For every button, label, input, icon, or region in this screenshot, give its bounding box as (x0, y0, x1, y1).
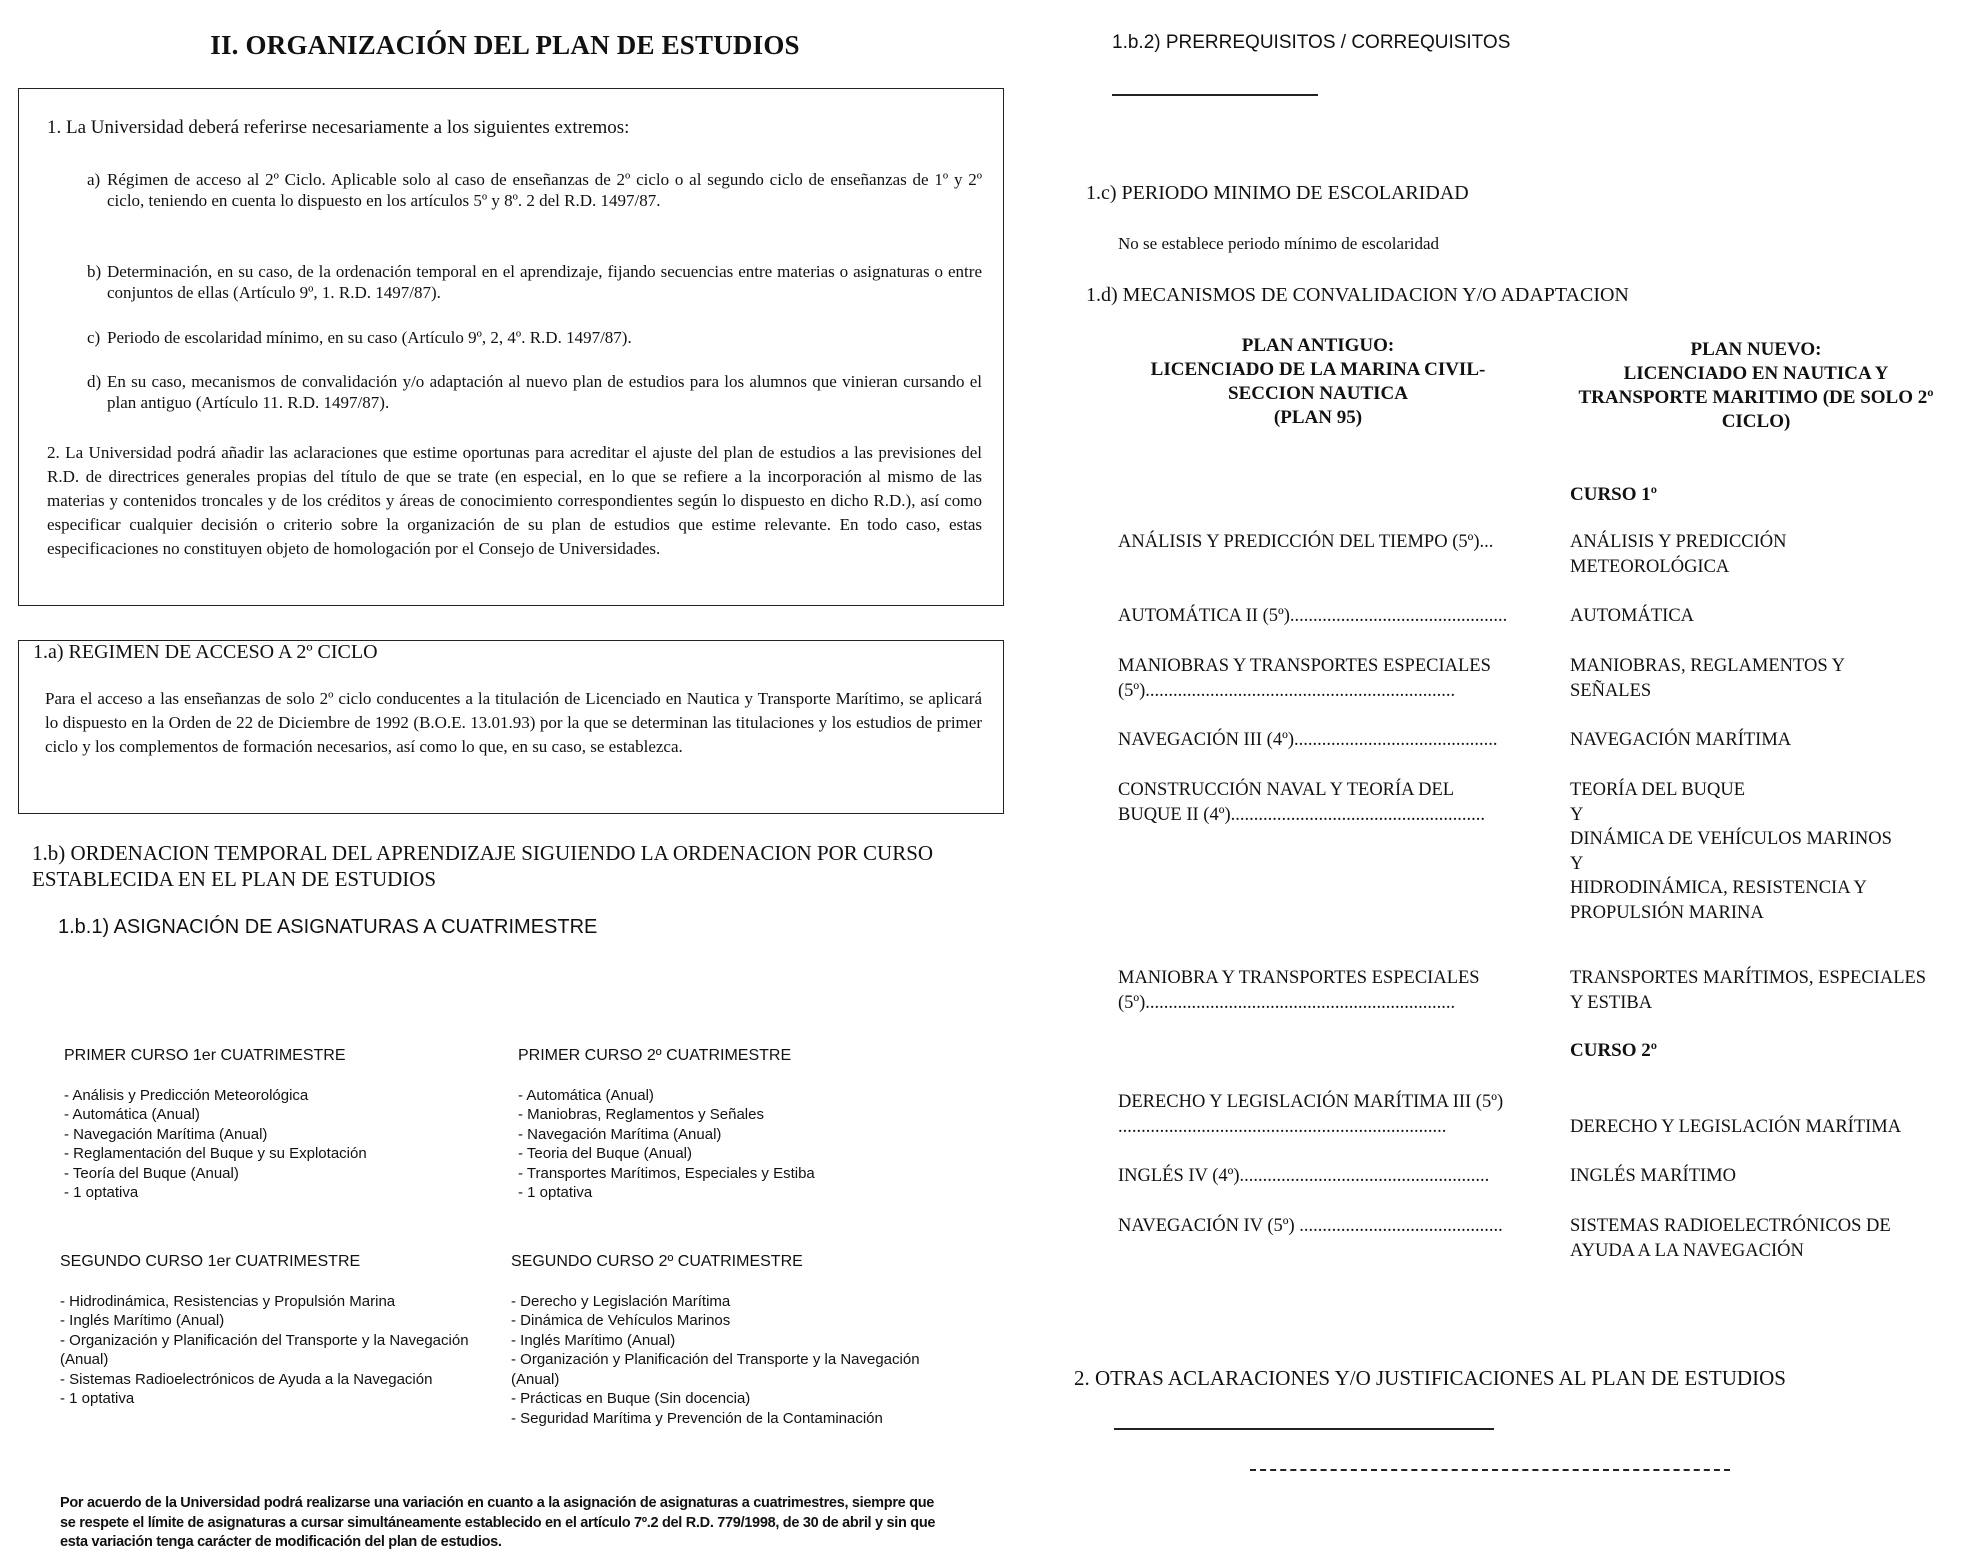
semester-block: PRIMER CURSO 2º CUATRIMESTRE - Automátic… (518, 1046, 938, 1203)
instructions-box: 1. La Universidad deberá referirse neces… (18, 88, 1004, 606)
curso-1-label: CURSO 1º (1570, 484, 1657, 506)
semester-subject: - Derecho y Legislación Marítima (511, 1292, 951, 1312)
semester-subject: - Automática (Anual) (64, 1105, 484, 1125)
page-title: II. ORGANIZACIÓN DEL PLAN DE ESTUDIOS (0, 30, 1010, 61)
plan-header-line: PLAN NUEVO: (1530, 338, 1982, 362)
new-subject: TRANSPORTES MARÍTIMOS, ESPECIALESY ESTIB… (1570, 966, 1980, 1015)
old-subject: ANÁLISIS Y PREDICCIÓN DEL TIEMPO (5º)... (1118, 530, 1538, 555)
semester-subject: - Dinámica de Vehículos Marinos (511, 1311, 951, 1331)
semester-list: - Análisis y Predicción Meteorológica- A… (64, 1086, 484, 1203)
asignacion-note: Por acuerdo de la Universidad podrá real… (60, 1494, 940, 1553)
new-subject: ANÁLISIS Y PREDICCIÓNMETEOROLÓGICA (1570, 530, 1980, 579)
semester-subject: - Navegación Marítima (Anual) (64, 1125, 484, 1145)
ordenacion-heading: 1.b) ORDENACION TEMPORAL DEL APRENDIZAJE… (32, 840, 972, 892)
semester-subject: - Maniobras, Reglamentos y Señales (518, 1105, 938, 1125)
old-subject: CONSTRUCCIÓN NAVAL Y TEORÍA DELBUQUE II … (1118, 778, 1538, 827)
semester-subject: - Hidrodinámica, Resistencias y Propulsi… (60, 1292, 500, 1312)
otras-aclaraciones-blank-line (1114, 1428, 1494, 1430)
old-subject: AUTOMÁTICA II (5º)......................… (1118, 604, 1538, 629)
old-plan-header: PLAN ANTIGUO:LICENCIADO DE LA MARINA CIV… (1108, 334, 1528, 430)
semester-subject: - Sistemas Radioelectrónicos de Ayuda a … (60, 1370, 500, 1390)
semester-list: - Automática (Anual)- Maniobras, Reglame… (518, 1086, 938, 1203)
regimen-acceso-heading: 1.a) REGIMEN DE ACCESO A 2º CICLO (33, 641, 378, 664)
semester-block: SEGUNDO CURSO 1er CUATRIMESTRE - Hidrodi… (60, 1252, 500, 1409)
otras-aclaraciones-heading: 2. OTRAS ACLARACIONES Y/O JUSTIFICACIONE… (1074, 1366, 1786, 1391)
curso-2-label: CURSO 2º (1570, 1040, 1657, 1062)
old-subject: MANIOBRAS Y TRANSPORTES ESPECIALES(5º)..… (1118, 654, 1538, 703)
semester-subject: - Inglés Marítimo (Anual) (511, 1331, 951, 1351)
semester-subject: - Transportes Marítimos, Especiales y Es… (518, 1164, 938, 1184)
semester-subject: - 1 optativa (64, 1183, 484, 1203)
old-subject: DERECHO Y LEGISLACIÓN MARÍTIMA III (5º).… (1118, 1090, 1538, 1139)
semester-title: SEGUNDO CURSO 2º CUATRIMESTRE (511, 1252, 951, 1272)
prerrequisitos-heading: 1.b.2) PRERREQUISITOS / CORREQUISITOS (1112, 32, 1510, 54)
semester-subject: - Organización y Planificación del Trans… (60, 1331, 500, 1370)
semester-subject: - Prácticas en Buque (Sin docencia) (511, 1389, 951, 1409)
semester-list: - Hidrodinámica, Resistencias y Propulsi… (60, 1292, 500, 1409)
plan-header-line: LICENCIADO DE LA MARINA CIVIL- (1108, 358, 1528, 382)
new-subject: NAVEGACIÓN MARÍTIMA (1570, 728, 1980, 753)
plan-header-line: LICENCIADO EN NAUTICA Y (1530, 362, 1982, 386)
new-subject: MANIOBRAS, REGLAMENTOS YSEÑALES (1570, 654, 1980, 703)
semester-subject: - Automática (Anual) (518, 1086, 938, 1106)
semester-block: PRIMER CURSO 1er CUATRIMESTRE - Análisis… (64, 1046, 484, 1203)
semester-subject: - Navegación Marítima (Anual) (518, 1125, 938, 1145)
old-subject: NAVEGACIÓN III (4º).....................… (1118, 728, 1538, 753)
semester-subject: - Organización y Planificación del Trans… (511, 1350, 951, 1389)
new-subject: INGLÉS MARÍTIMO (1570, 1164, 1980, 1189)
instructions-intro: 1. La Universidad deberá referirse neces… (47, 117, 629, 139)
convalidacion-heading: 1.d) MECANISMOS DE CONVALIDACION Y/O ADA… (1086, 284, 1629, 307)
new-subject: TEORÍA DEL BUQUEYDINÁMICA DE VEHÍCULOS M… (1570, 778, 1980, 925)
instruction-item-d: d) En su caso, mecanismos de convalidaci… (87, 371, 982, 413)
semester-subject: - 1 optativa (518, 1183, 938, 1203)
instruction-item-a: a) Régimen de acceso al 2º Ciclo. Aplica… (87, 169, 982, 211)
otras-aclaraciones-dashed-line (1250, 1469, 1730, 1471)
new-subject: DERECHO Y LEGISLACIÓN MARÍTIMA (1570, 1090, 1980, 1139)
semester-subject: - Inglés Marítimo (Anual) (60, 1311, 500, 1331)
prerrequisitos-blank-line (1112, 94, 1318, 96)
regimen-acceso-body: Para el acceso a las enseñanzas de solo … (45, 687, 982, 759)
instruction-item-c: c) Periodo de escolaridad mínimo, en su … (87, 327, 982, 348)
semester-list: - Derecho y Legislación Marítima- Dinámi… (511, 1292, 951, 1429)
new-subject: AUTOMÁTICA (1570, 604, 1980, 629)
instruction-item-b: b) Determinación, en su caso, de la orde… (87, 261, 982, 303)
plan-header-line: CICLO) (1530, 410, 1982, 434)
semester-subject: - Teoria del Buque (Anual) (518, 1144, 938, 1164)
regimen-acceso-box: 1.a) REGIMEN DE ACCESO A 2º CICLO Para e… (18, 640, 1004, 814)
semester-subject: - Seguridad Marítima y Prevención de la … (511, 1409, 951, 1429)
old-subject: INGLÉS IV (4º)..........................… (1118, 1164, 1538, 1189)
semester-subject: - Reglamentación del Buque y su Explotac… (64, 1144, 484, 1164)
plan-header-line: TRANSPORTE MARITIMO (DE SOLO 2º (1530, 386, 1982, 410)
semester-title: SEGUNDO CURSO 1er CUATRIMESTRE (60, 1252, 500, 1272)
instructions-paragraph-2: 2. La Universidad podrá añadir las aclar… (47, 441, 982, 561)
semester-block: SEGUNDO CURSO 2º CUATRIMESTRE - Derecho … (511, 1252, 951, 1428)
old-subject: MANIOBRA Y TRANSPORTES ESPECIALES(5º)...… (1118, 966, 1538, 1015)
semester-subject: - Análisis y Predicción Meteorológica (64, 1086, 484, 1106)
semester-title: PRIMER CURSO 2º CUATRIMESTRE (518, 1046, 938, 1066)
asignacion-subheading: 1.b.1) ASIGNACIÓN DE ASIGNATURAS A CUATR… (58, 916, 597, 939)
periodo-minimo-body: No se establece periodo mínimo de escola… (1118, 234, 1439, 254)
periodo-minimo-heading: 1.c) PERIODO MINIMO DE ESCOLARIDAD (1086, 182, 1469, 205)
new-plan-header: PLAN NUEVO:LICENCIADO EN NAUTICA YTRANSP… (1530, 338, 1982, 434)
semester-subject: - Teoría del Buque (Anual) (64, 1164, 484, 1184)
plan-header-line: (PLAN 95) (1108, 406, 1528, 430)
plan-header-line: PLAN ANTIGUO: (1108, 334, 1528, 358)
semester-subject: - 1 optativa (60, 1389, 500, 1409)
semester-title: PRIMER CURSO 1er CUATRIMESTRE (64, 1046, 484, 1066)
new-subject: SISTEMAS RADIOELECTRÓNICOS DEAYUDA A LA … (1570, 1214, 1980, 1263)
plan-header-line: SECCION NAUTICA (1108, 382, 1528, 406)
old-subject: NAVEGACIÓN IV (5º) .....................… (1118, 1214, 1538, 1239)
